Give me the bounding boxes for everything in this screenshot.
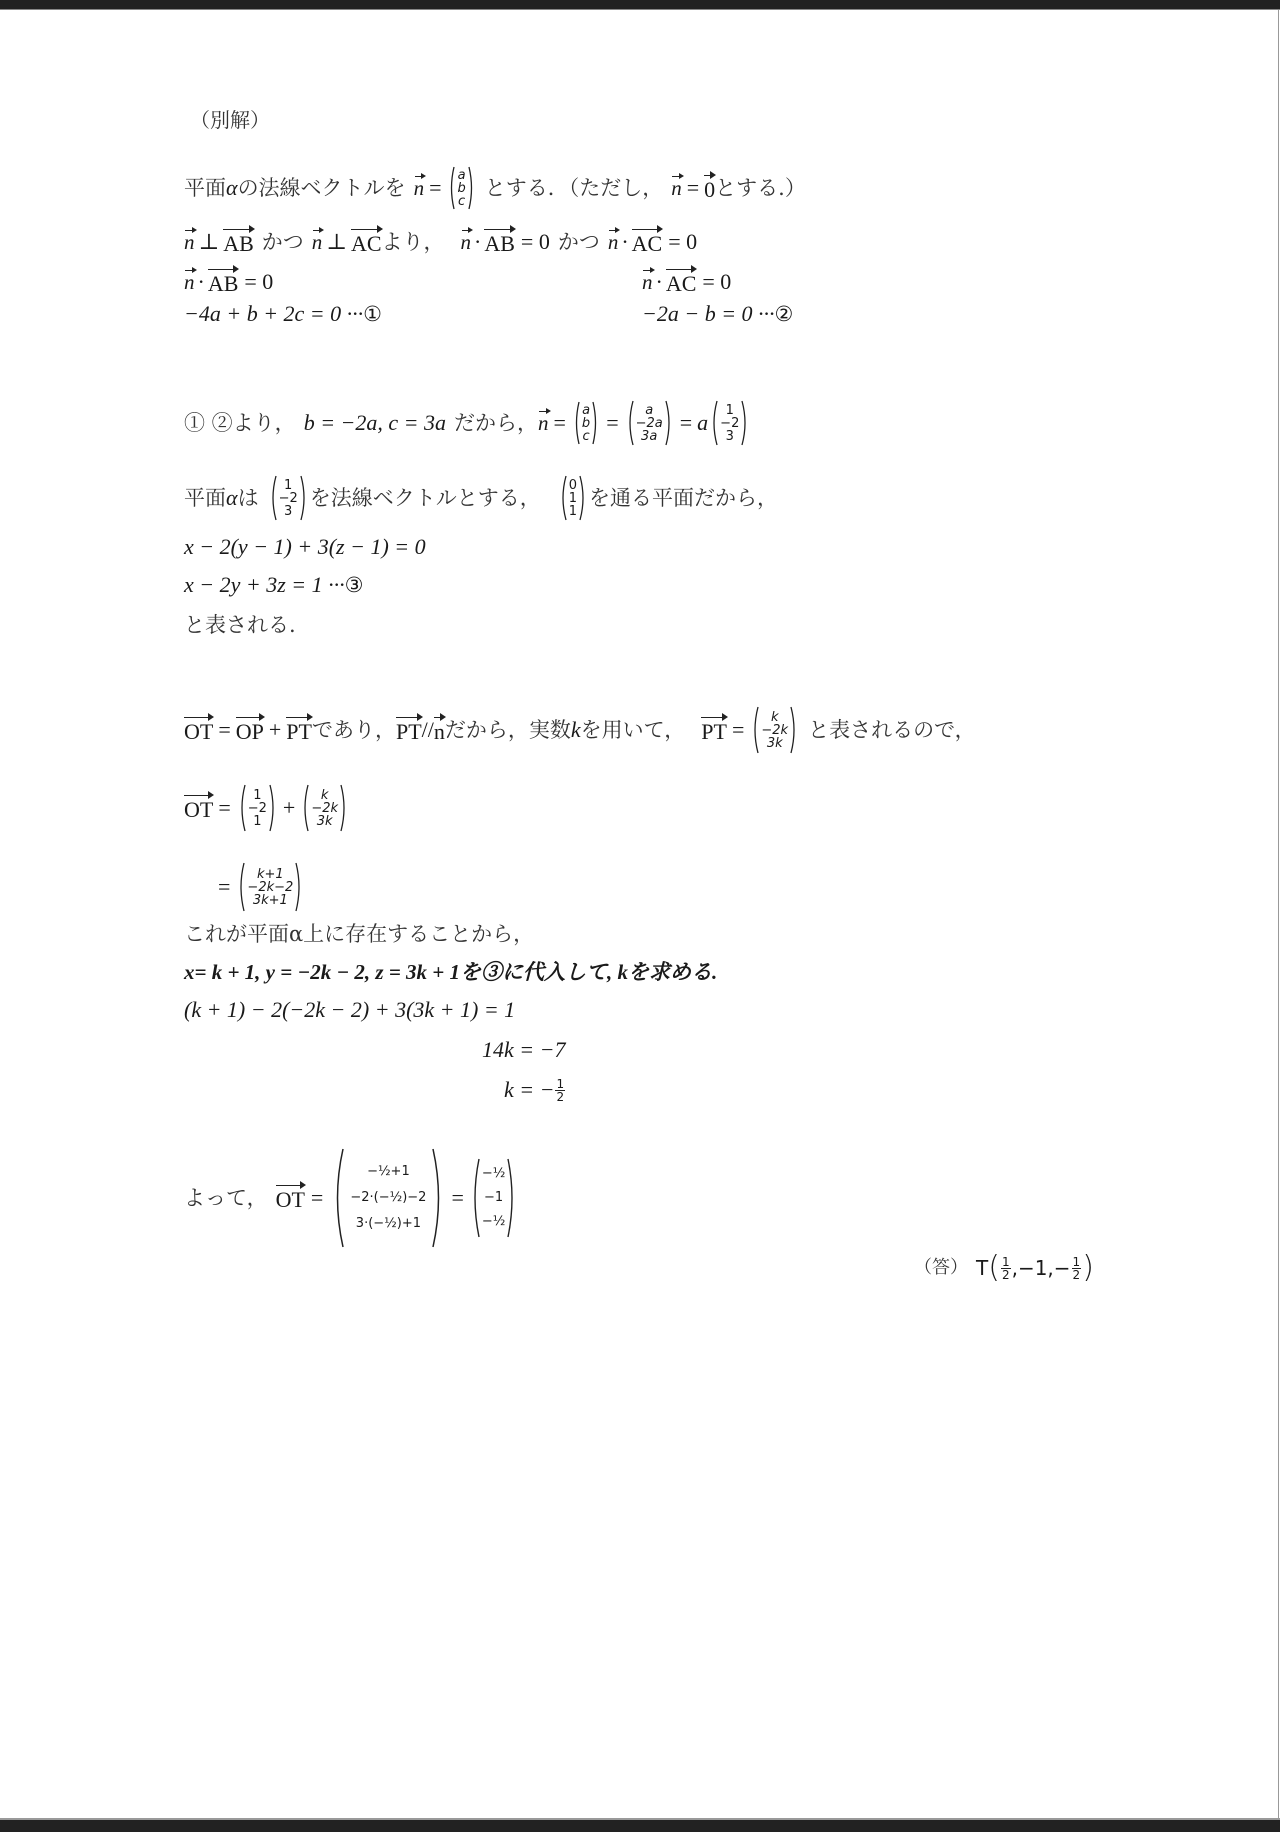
answer-x: 12	[1001, 1256, 1011, 1281]
plane-equation-2-expr: x − 2y + 3z = 1 ···	[184, 571, 345, 599]
equals-zero: = 0	[702, 268, 731, 296]
plus-sign: +	[283, 794, 295, 822]
equals-zero: = 0	[668, 228, 697, 256]
vector-PT: PT	[286, 714, 312, 746]
dot-operator: ·	[656, 268, 663, 296]
equals-sign: =	[311, 1184, 323, 1212]
vector-n: n	[184, 268, 195, 296]
relation-bc: b = −2a, c = 3a	[304, 409, 446, 437]
page-edge	[1278, 10, 1279, 1818]
paren-open: (	[988, 1254, 1000, 1282]
coefficient-a: a	[697, 409, 708, 437]
vector-n: n	[414, 174, 425, 202]
vector-n: n	[671, 174, 682, 202]
calc-line-3: k = − 12	[504, 1076, 566, 1104]
vector-AC: AC	[632, 226, 663, 258]
point-vector: 011	[560, 475, 586, 521]
vector-abc: abc	[574, 401, 598, 445]
vector-OT: OT	[184, 714, 213, 746]
dakara-text: だから，実数	[445, 716, 571, 744]
substitution-line: x= k + 1, y = −2k − 2, z = 3k + 1を③に代入して…	[184, 958, 717, 986]
dot-operator: ·	[198, 268, 205, 296]
dakara-text: だから，	[454, 409, 538, 437]
ot-suffix: と表されるので，	[808, 716, 976, 744]
intro-suffix2: とする.）	[715, 174, 806, 202]
vector-pt: k−2k3k	[302, 784, 347, 832]
k-equals: k = −	[504, 1076, 554, 1104]
pt-vector: k−2k3k	[752, 706, 797, 754]
exists-on-plane: これが平面α上に存在することから，	[184, 920, 534, 948]
equals-sign: =	[429, 174, 441, 202]
ot-result: = k+1−2k−23k+1	[218, 862, 305, 912]
equals-zero: = 0	[244, 268, 273, 296]
calc-line-1: (k + 1) − 2(−2k − 2) + 3(3k + 1) = 1	[184, 996, 515, 1024]
variable-k: k	[571, 716, 581, 744]
perpendicular-condition: n ⊥ AB かつ n ⊥ AC より， n · AB = 0 かつ n · A…	[184, 226, 697, 258]
intro-suffix: とする．（ただし，	[485, 174, 664, 202]
wo-text: を用いて，	[581, 716, 686, 744]
plane-mid: を法線ベクトルとする，	[310, 484, 541, 512]
answer: （答） T ( 12 , −1 , − 12 )	[914, 1254, 1094, 1282]
vector-op: 1−21	[239, 784, 276, 832]
intro-line: 平面 α の法線ベクトルを n = abc とする．（ただし， n = 0 とす…	[184, 166, 806, 210]
vector-AC: AC	[351, 226, 382, 258]
answer-label: （答）	[914, 1254, 968, 1282]
normal-vector: 1−23	[270, 475, 307, 521]
equals-sign: =	[732, 716, 744, 744]
equals-sign: =	[606, 409, 618, 437]
ha-text: は	[238, 484, 259, 512]
bottom-border	[0, 1818, 1280, 1832]
ot-decomposition: OT = OP + PT であり， PT // n だから，実数 k を用いて，…	[184, 706, 976, 754]
expressed-text: と表される.	[184, 611, 296, 639]
plane-definition: 平面 α は 1−23 を法線ベクトルとする， 011 を通る平面だから，	[184, 475, 778, 521]
dot-operator: ·	[474, 228, 481, 256]
parallel-symbol: //	[422, 716, 434, 744]
answer-z: 12	[1072, 1256, 1082, 1281]
vector-n: n	[184, 228, 195, 256]
derivation-line: ① ②より， b = −2a, c = 3a だから， n = abc = a−…	[184, 400, 751, 446]
vector-n: n	[538, 409, 549, 437]
vector-AB: AB	[208, 266, 239, 298]
plane-equation-2: x − 2y + 3z = 1 ··· ③	[184, 571, 363, 599]
perp-symbol: ⊥	[326, 228, 347, 256]
dot-operator: ·	[621, 228, 628, 256]
calc-line-2: 14k = −7	[482, 1036, 565, 1064]
fraction-half: 12	[555, 1078, 565, 1103]
section-heading: （別解）	[190, 106, 270, 134]
alpha-symbol: α	[226, 484, 238, 512]
final-ot: よって， OT = −½+1−2·(−½)−23·(−½)+1 = −½−1−½	[184, 1148, 519, 1248]
vector-AB: AB	[484, 226, 515, 258]
vector-OT: OT	[184, 792, 213, 824]
normal-vector-abc: abc	[449, 166, 473, 210]
equation-2: −2a − b = 0 ··· ②	[642, 300, 793, 328]
ot-result-vector: k+1−2k−23k+1	[238, 862, 302, 912]
equals-sign: =	[218, 873, 230, 901]
vector-n: n	[642, 268, 653, 296]
deari-text: であり，	[312, 716, 396, 744]
perp-symbol: ⊥	[199, 228, 220, 256]
vector-n: n	[434, 714, 445, 746]
answer-y: −1	[1018, 1254, 1047, 1282]
vector-PT: PT	[396, 714, 422, 746]
left-dot-product: n · AB = 0	[184, 266, 273, 298]
vector-a-2a-3a: a−2a3a	[627, 400, 672, 446]
vector-1-m2-3: 1−23	[711, 400, 748, 446]
plane-equation-1: x − 2(y − 1) + 3(z − 1) = 0	[184, 533, 426, 561]
vector-n: n	[461, 228, 472, 256]
equation-2-expr: −2a − b = 0 ···	[642, 300, 775, 328]
vector-AC: AC	[666, 266, 697, 298]
ot-sum: OT = 1−21 + k−2k3k	[184, 784, 350, 832]
equals-sign: =	[554, 409, 566, 437]
right-dot-product: n · AC = 0	[642, 266, 731, 298]
yori-text: より，	[382, 228, 445, 256]
from-equations: ① ②より，	[184, 409, 296, 437]
alpha-symbol: α	[226, 174, 238, 202]
equals-sign: =	[218, 794, 230, 822]
equals-sign: =	[451, 1184, 463, 1212]
equals-sign: =	[680, 409, 692, 437]
zero-vector: 0	[704, 172, 715, 204]
vector-OP: OP	[236, 714, 264, 746]
equation-1-expr: −4a + b + 2c = 0 ···	[184, 300, 363, 328]
yotte-text: よって，	[184, 1184, 268, 1212]
intro-mid: の法線ベクトルを	[238, 174, 406, 202]
katsu-text: かつ	[262, 228, 304, 256]
vector-n: n	[312, 228, 323, 256]
circled-1: ①	[363, 300, 382, 328]
vector-n: n	[608, 228, 619, 256]
top-border	[0, 0, 1280, 10]
final-expr-vector: −½+1−2·(−½)−23·(−½)+1	[332, 1148, 444, 1248]
vector-AB: AB	[223, 226, 254, 258]
vector-PT: PT	[701, 714, 727, 746]
paren-close: )	[1082, 1254, 1094, 1282]
plane-suffix: を通る平面だから，	[589, 484, 778, 512]
equation-1: −4a + b + 2c = 0 ··· ①	[184, 300, 382, 328]
katsu-text: かつ	[558, 228, 600, 256]
plane-prefix: 平面	[184, 484, 226, 512]
final-value-vector: −½−1−½	[471, 1158, 517, 1238]
circled-3: ③	[345, 571, 364, 599]
point-T: T	[976, 1254, 988, 1282]
equals-zero: = 0	[521, 228, 550, 256]
plus-sign: +	[269, 716, 281, 744]
equals-sign: =	[687, 174, 699, 202]
circled-2: ②	[775, 300, 794, 328]
vector-OT: OT	[276, 1182, 305, 1214]
equals-sign: =	[218, 716, 230, 744]
intro-prefix: 平面	[184, 174, 226, 202]
answer-z-sign: −	[1054, 1254, 1071, 1282]
